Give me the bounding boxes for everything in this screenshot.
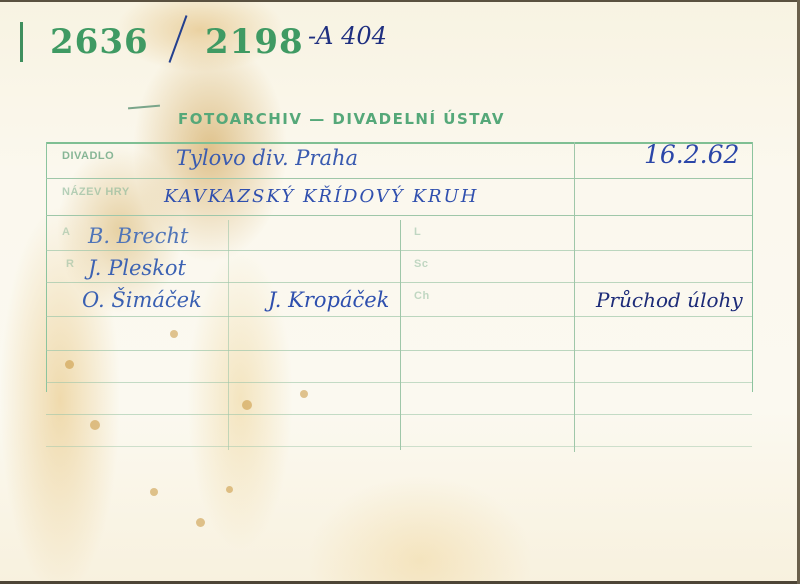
value-director: J. Pleskot — [88, 256, 186, 280]
stamp-number-left: 2636 — [50, 22, 149, 62]
stain-spot — [65, 360, 74, 369]
value-theatre: Tylovo div. Praha — [176, 146, 358, 170]
label-author: A — [62, 226, 70, 238]
archive-header-stamp: FOTOARCHIV — DIVADELNÍ ÚSTAV — [178, 110, 505, 128]
form-row-line — [46, 316, 752, 317]
stamp-dash — [128, 105, 160, 110]
archive-card: 2636 2198 -A 404 FOTOARCHIV — DIVADELNÍ … — [0, 0, 800, 584]
stamp-tick-mark — [20, 22, 23, 62]
label-play-title: NÁZEV HRY — [62, 186, 130, 198]
value-note: Průchod úlohy — [596, 288, 743, 312]
value-date: 16.2.62 — [644, 140, 739, 169]
form-row-line — [46, 350, 752, 351]
form-row-line — [46, 382, 752, 383]
form-row-line — [46, 414, 752, 415]
label-theatre: DIVADLO — [62, 150, 114, 162]
form-border-left — [46, 142, 47, 392]
stain-spot — [226, 486, 233, 493]
form-divider-middle — [400, 220, 401, 450]
label-col-l: L — [414, 226, 421, 238]
stain-spot — [150, 488, 158, 496]
stain-spot — [170, 330, 178, 338]
stain-spot — [300, 390, 308, 398]
form-row-line — [46, 215, 752, 216]
label-director: R — [66, 258, 74, 270]
form-divider-left — [228, 220, 229, 450]
form-divider-right — [574, 142, 575, 452]
form-border-right — [752, 142, 753, 392]
value-choreographer: J. Kropáček — [268, 288, 389, 312]
handwritten-slash — [169, 15, 188, 63]
handwritten-catalog-suffix: -A 404 — [308, 22, 387, 50]
stain-spot — [242, 400, 252, 410]
form-row-line — [46, 250, 752, 251]
card-edge-top — [0, 0, 800, 2]
label-col-ch: Ch — [414, 290, 430, 302]
value-designer: O. Šimáček — [82, 288, 202, 312]
label-col-sc: Sc — [414, 258, 428, 270]
value-author: B. Brecht — [88, 224, 188, 248]
stain-spot — [90, 420, 100, 430]
form-row-line — [46, 178, 752, 179]
form-row-line — [46, 446, 752, 447]
stain-spot — [196, 518, 205, 527]
stamp-number-right: 2198 — [205, 22, 304, 62]
value-play-title: KAVKAZSKÝ KŘÍDOVÝ KRUH — [164, 186, 478, 207]
form-row-line — [46, 282, 752, 283]
